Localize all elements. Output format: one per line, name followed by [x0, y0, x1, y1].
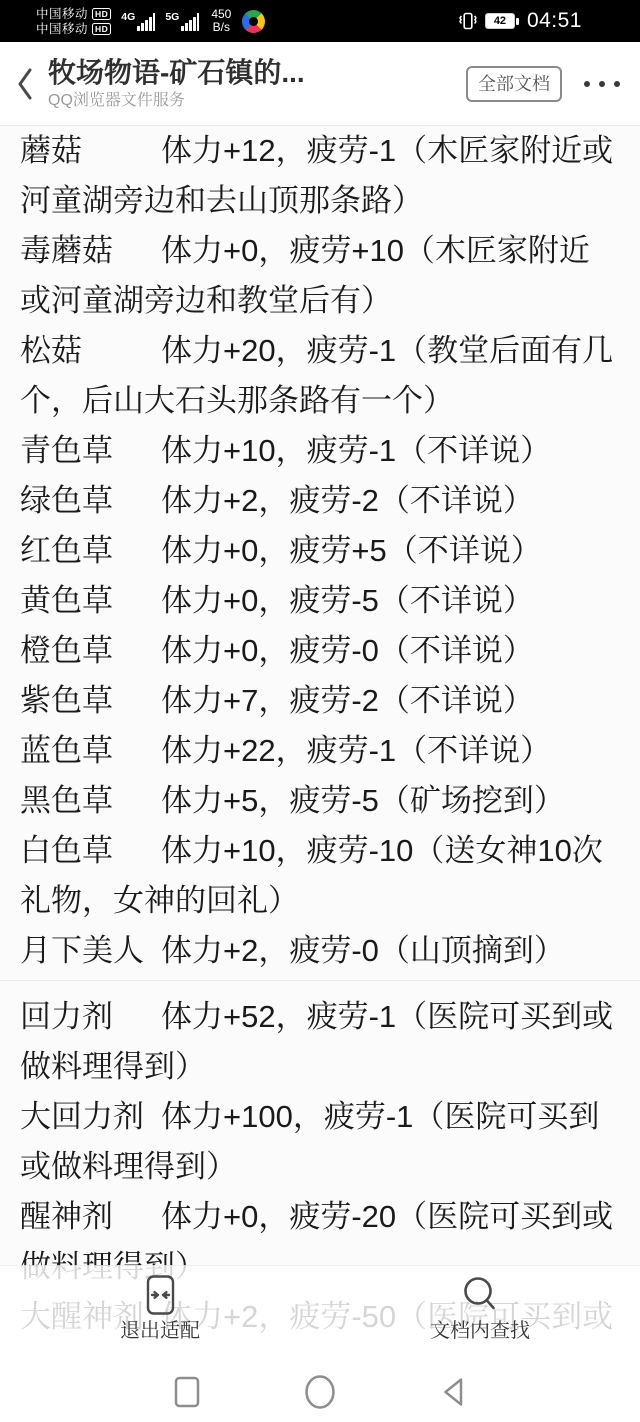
carrier-name: 中国移动	[36, 7, 88, 21]
doc-entry: 黄色草体力+0，疲劳-5（不详说）	[20, 576, 620, 626]
item-desc: 体力+2，疲劳-0（山顶摘到）	[161, 933, 565, 968]
item-name: 松菇	[20, 326, 161, 376]
doc-entry: 橙色草体力+0，疲劳-0（不详说）	[20, 626, 620, 676]
carrier-name: 中国移动	[36, 22, 88, 36]
item-name: 大回力剂	[20, 1092, 161, 1142]
item-name: 蓝色草	[20, 726, 161, 776]
exit-fit-button[interactable]: 退出适配	[0, 1266, 320, 1361]
all-documents-button[interactable]: 全部文档	[466, 66, 562, 102]
item-desc: 体力+5，疲劳-5（矿场挖到）	[161, 783, 565, 818]
back-icon[interactable]	[14, 66, 36, 102]
nav-back-icon[interactable]	[433, 1372, 473, 1412]
exit-fit-icon	[145, 1273, 176, 1317]
exit-fit-label: 退出适配	[120, 1320, 200, 1342]
signal-cluster-5g: 5G	[165, 11, 199, 31]
doc-entry: 毒蘑菇体力+0，疲劳+10（木匠家附近或河童湖旁边和教堂后有）	[20, 226, 620, 326]
doc-entry: 红色草体力+0，疲劳+5（不详说）	[20, 526, 620, 576]
nav-home-icon[interactable]	[300, 1372, 340, 1412]
item-desc: 体力+7，疲劳-2（不详说）	[161, 683, 534, 718]
status-bar: 中国移动 HD 中国移动 HD 4G 5G 450 B/s	[0, 0, 640, 42]
android-nav-bar	[0, 1361, 640, 1422]
doc-entry: 回力剂体力+52，疲劳-1（医院可买到或做料理得到）	[20, 992, 620, 1092]
carrier-block: 中国移动 HD 中国移动 HD	[36, 7, 111, 36]
item-desc: 体力+2，疲劳-2（不详说）	[161, 483, 534, 518]
signal-bars-icon	[137, 13, 155, 31]
doc-body: 蘑菇体力+12，疲劳-1（木匠家附近或河童湖旁边和去山顶那条路）毒蘑菇体力+0，…	[20, 126, 620, 1342]
item-name: 黑色草	[20, 776, 161, 826]
item-name: 醒神剂	[20, 1192, 161, 1242]
item-name: 毒蘑菇	[20, 226, 161, 276]
item-desc: 体力+0，疲劳-5（不详说）	[161, 583, 534, 618]
item-name: 回力剂	[20, 992, 161, 1042]
clock-time: 04:51	[527, 9, 582, 33]
document-view[interactable]: 蘑菇体力+12，疲劳-1（木匠家附近或河童湖旁边和去山顶那条路）毒蘑菇体力+0，…	[0, 126, 640, 1422]
title-block: 牧场物语-矿石镇的... QQ浏览器文件服务	[48, 57, 305, 110]
item-desc: 体力+0，疲劳-0（不详说）	[161, 633, 534, 668]
doc-entry: 大回力剂体力+100，疲劳-1（医院可买到或做料理得到）	[20, 1092, 620, 1192]
battery-percent: 42	[494, 15, 506, 27]
item-name: 绿色草	[20, 476, 161, 526]
vibrate-icon	[456, 9, 480, 33]
hd-badge-icon: HD	[92, 23, 111, 35]
hd-badge-icon: HD	[92, 8, 111, 20]
item-name: 红色草	[20, 526, 161, 576]
phone-screen: 中国移动 HD 中国移动 HD 4G 5G 450 B/s	[0, 0, 640, 1422]
item-name: 黄色草	[20, 576, 161, 626]
item-desc: 体力+10，疲劳-1（不详说）	[161, 433, 551, 468]
item-desc: 体力+22，疲劳-1（不详说）	[161, 733, 551, 768]
signal-cluster-4g: 4G	[121, 11, 155, 31]
speed-unit: B/s	[213, 21, 230, 34]
item-name: 紫色草	[20, 676, 161, 726]
doc-entry: 蓝色草体力+22，疲劳-1（不详说）	[20, 726, 620, 776]
search-icon	[460, 1273, 500, 1317]
item-name: 橙色草	[20, 626, 161, 676]
doc-entry: 蘑菇体力+12，疲劳-1（木匠家附近或河童湖旁边和去山顶那条路）	[20, 126, 620, 226]
item-name: 白色草	[20, 826, 161, 876]
more-options-icon[interactable]	[582, 71, 622, 97]
nav-recents-icon[interactable]	[167, 1372, 207, 1412]
battery-icon: 42	[485, 13, 519, 29]
carrier-row-1: 中国移动 HD	[36, 7, 111, 21]
network-type-label: 5G	[165, 11, 179, 23]
battery-tip	[516, 18, 519, 25]
doc-entry: 紫色草体力+7，疲劳-2（不详说）	[20, 676, 620, 726]
page-title: 牧场物语-矿石镇的...	[48, 57, 305, 89]
network-speed: 450 B/s	[211, 8, 231, 34]
doc-entry: 白色草体力+10，疲劳-10（送女神10次礼物，女神的回礼）	[20, 826, 620, 926]
find-in-document-label: 文档内查找	[430, 1320, 530, 1342]
signal-bars-icon	[181, 13, 199, 31]
carrier-row-2: 中国移动 HD	[36, 22, 111, 36]
notification-app-icon	[242, 10, 265, 33]
item-desc: 体力+0，疲劳+5（不详说）	[161, 533, 542, 568]
doc-entry: 青色草体力+10，疲劳-1（不详说）	[20, 426, 620, 476]
item-name: 蘑菇	[20, 126, 161, 176]
doc-entry: 黑色草体力+5，疲劳-5（矿场挖到）	[20, 776, 620, 826]
doc-entry: 月下美人体力+2，疲劳-0（山顶摘到）	[20, 926, 620, 976]
page-subtitle: QQ浏览器文件服务	[48, 91, 305, 110]
doc-entry: 绿色草体力+2，疲劳-2（不详说）	[20, 476, 620, 526]
bottom-toolbar: 退出适配 文档内查找	[0, 1265, 640, 1361]
item-name: 月下美人	[20, 926, 161, 976]
app-header: 牧场物语-矿石镇的... QQ浏览器文件服务 全部文档	[0, 42, 640, 126]
item-name: 青色草	[20, 426, 161, 476]
status-bar-right: 42 04:51	[456, 9, 582, 33]
doc-entry: 松菇体力+20，疲劳-1（教堂后面有几个，后山大石头那条路有一个）	[20, 326, 620, 426]
find-in-document-button[interactable]: 文档内查找	[320, 1266, 640, 1361]
network-type-label: 4G	[121, 11, 135, 23]
